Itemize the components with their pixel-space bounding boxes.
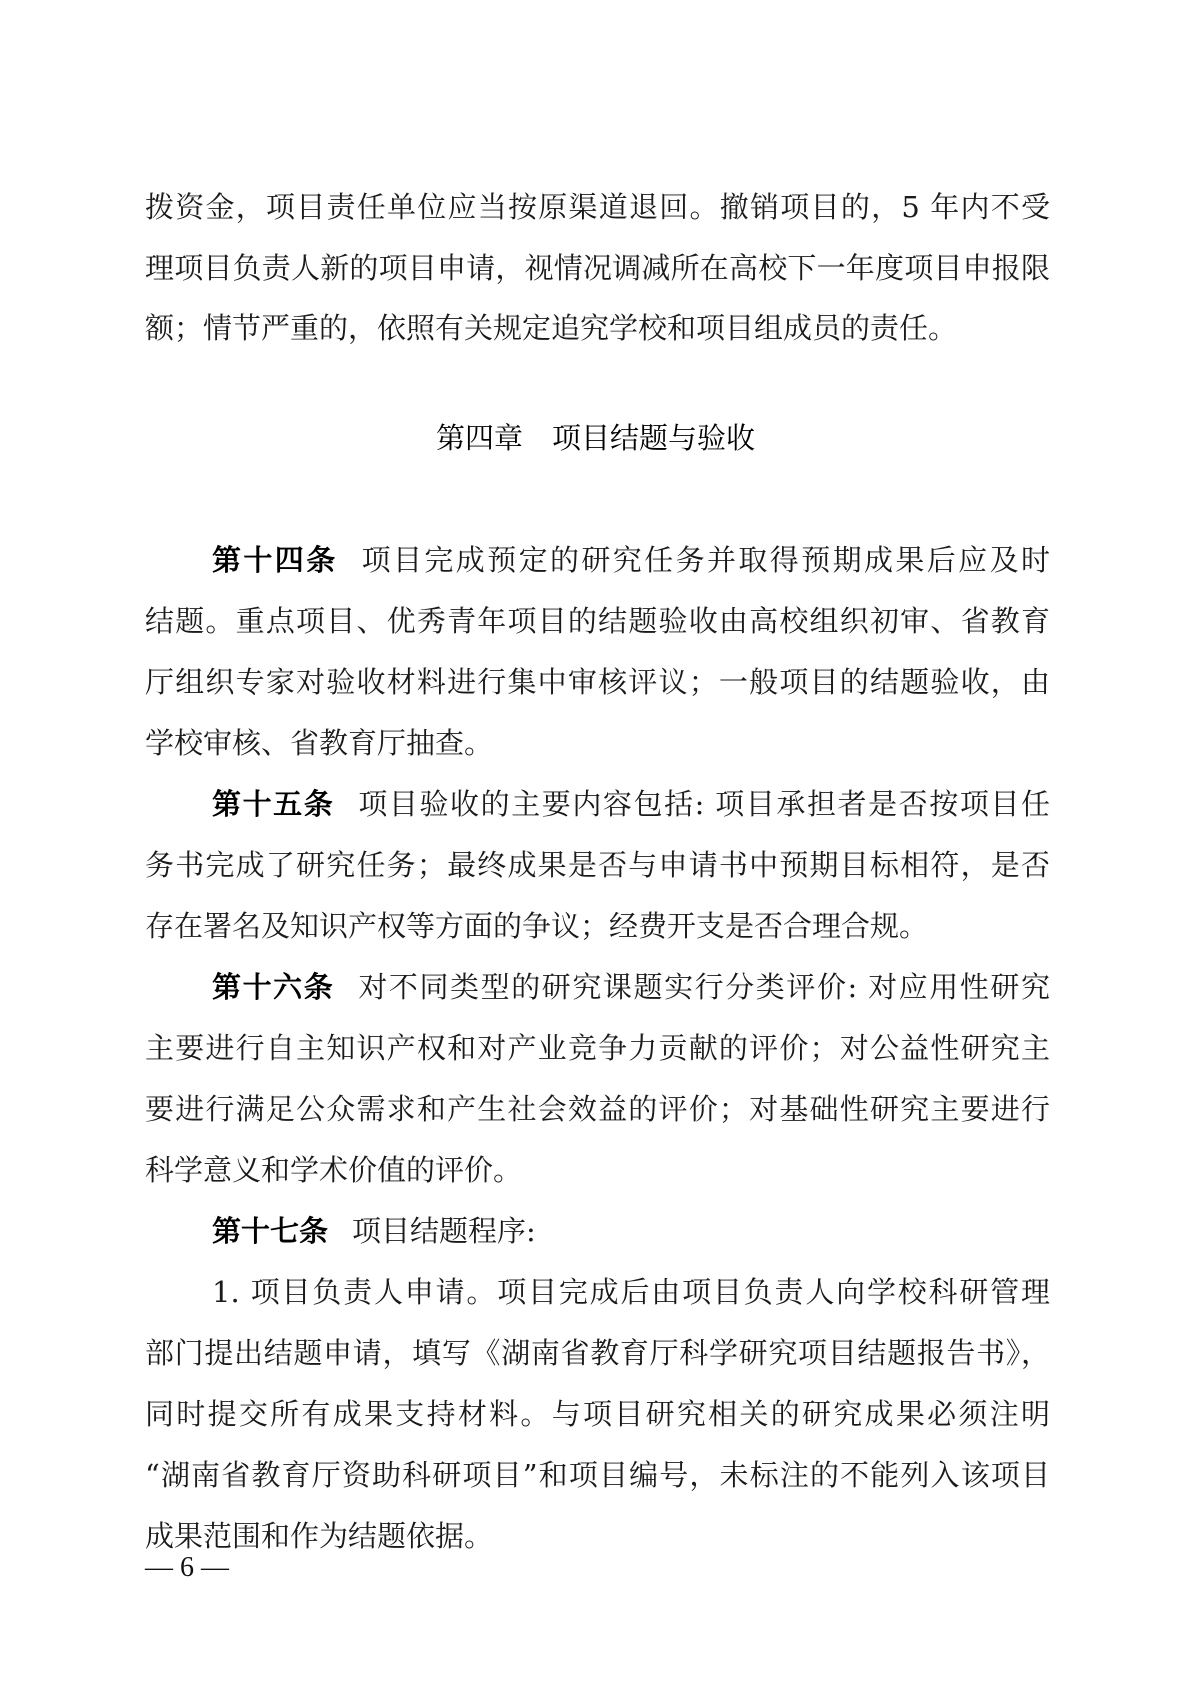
paragraph-line: 存在署名及知识产权等方面的争议；经费开支是否合理合规。 [145, 906, 1050, 946]
article-text: 项目完成预定的研究任务并取得预期成果后应及时 [362, 543, 1050, 577]
paragraph-line: 厅组织专家对验收材料进行集中审核评议；一般项目的结题验收，由 [145, 662, 1050, 702]
paragraph-line: 结题。重点项目、优秀青年项目的结题验收由高校组织初审、省教育 [145, 601, 1050, 641]
article-text: 项目结题程序: [352, 1214, 536, 1248]
paragraph-line: 主要进行自主知识产权和对产业竞争力贡献的评价；对公益性研究主 [145, 1028, 1050, 1068]
article-label: 第十四条 [212, 543, 338, 577]
paragraph-line: 学校审核、省教育厅抽查。 [145, 723, 1050, 763]
article-16-first-line: 第十六条对不同类型的研究课题实行分类评价: 对应用性研究 [212, 967, 1050, 1007]
article-text: 项目验收的主要内容包括: 项目承担者是否按项目任 [358, 787, 1050, 821]
procedure-item-1-line: 1. 项目负责人申请。项目完成后由项目负责人向学校科研管理 [212, 1272, 1050, 1312]
chapter-title: 第四章 项目结题与验收 [0, 418, 1191, 458]
article-label: 第十六条 [212, 970, 334, 1004]
paragraph-line: 拨资金，项目责任单位应当按原渠道退回。撤销项目的，5 年内不受 [145, 187, 1050, 227]
paragraph-line: 理项目负责人新的项目申请，视情况调减所在高校下一年度项目申报限 [145, 248, 1050, 288]
paragraph-line: 务书完成了研究任务；最终成果是否与申请书中预期目标相符，是否 [145, 845, 1050, 885]
article-17-first-line: 第十七条项目结题程序: [212, 1211, 1050, 1251]
document-page: 拨资金，项目责任单位应当按原渠道退回。撤销项目的，5 年内不受 理项目负责人新的… [0, 0, 1191, 1684]
page-number: — 6 — [145, 1550, 229, 1586]
article-14-first-line: 第十四条项目完成预定的研究任务并取得预期成果后应及时 [212, 540, 1050, 580]
article-text: 对不同类型的研究课题实行分类评价: 对应用性研究 [358, 970, 1050, 1004]
article-label: 第十五条 [212, 787, 334, 821]
paragraph-line: 成果范围和作为结题依据。 [145, 1516, 1050, 1556]
paragraph-line: 额；情节严重的，依照有关规定追究学校和项目组成员的责任。 [145, 308, 1050, 348]
paragraph-line: 同时提交所有成果支持材料。与项目研究相关的研究成果必须注明 [145, 1394, 1050, 1434]
paragraph-line: 科学意义和学术价值的评价。 [145, 1150, 1050, 1190]
paragraph-line: 要进行满足公众需求和产生社会效益的评价；对基础性研究主要进行 [145, 1089, 1050, 1129]
paragraph-line: 部门提出结题申请，填写《湖南省教育厅科学研究项目结题报告书》， [145, 1333, 1050, 1373]
article-label: 第十七条 [212, 1214, 328, 1248]
paragraph-line: “湖南省教育厅资助科研项目”和项目编号，未标注的不能列入该项目 [145, 1455, 1050, 1495]
article-15-first-line: 第十五条项目验收的主要内容包括: 项目承担者是否按项目任 [212, 784, 1050, 824]
